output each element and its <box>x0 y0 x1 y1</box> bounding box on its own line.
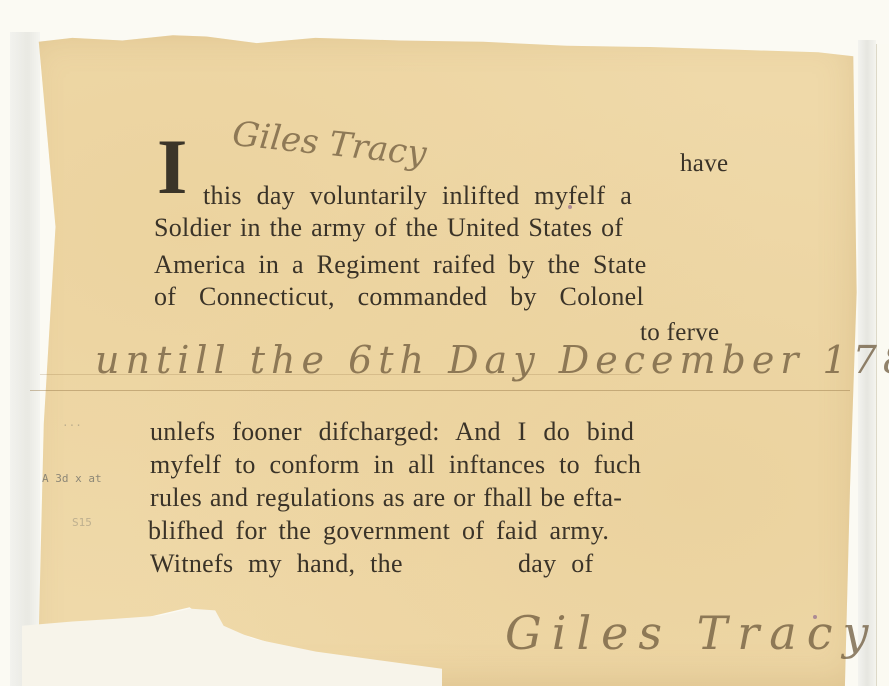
drop-cap: I <box>157 128 187 206</box>
printed-line-12: day of <box>518 549 594 579</box>
printed-line-11: Witnefs my hand, the <box>150 549 403 579</box>
ink-spot <box>568 205 572 209</box>
ink-spot <box>813 615 817 619</box>
printed-line-3: Soldier in the army of the United States… <box>154 213 623 243</box>
printed-line-1: have <box>680 150 728 178</box>
printed-line-7: unlefs fooner difcharged: And I do bind <box>150 417 634 447</box>
printed-line-10: blifhed for the government of faid army. <box>148 516 609 546</box>
signature: Giles Tracy <box>505 606 878 660</box>
printed-line-5: of Connecticut, commanded by Colonel <box>154 282 644 312</box>
margin-stamp: S15 <box>72 516 92 529</box>
mount-backing-left <box>10 32 40 686</box>
margin-stamp: A 3d x at <box>42 472 102 485</box>
fold-line <box>30 390 850 391</box>
printed-line-4: America in a Regiment raifed by the Stat… <box>154 250 647 280</box>
margin-stamp: ... <box>62 416 82 429</box>
printed-line-8: myfelf to conform in all inftances to fu… <box>150 450 641 480</box>
printed-line-9: rules and regulations as are or fhall be… <box>150 483 622 513</box>
handwritten-service-term: untill the 6th Day December 1780 <box>95 338 889 382</box>
